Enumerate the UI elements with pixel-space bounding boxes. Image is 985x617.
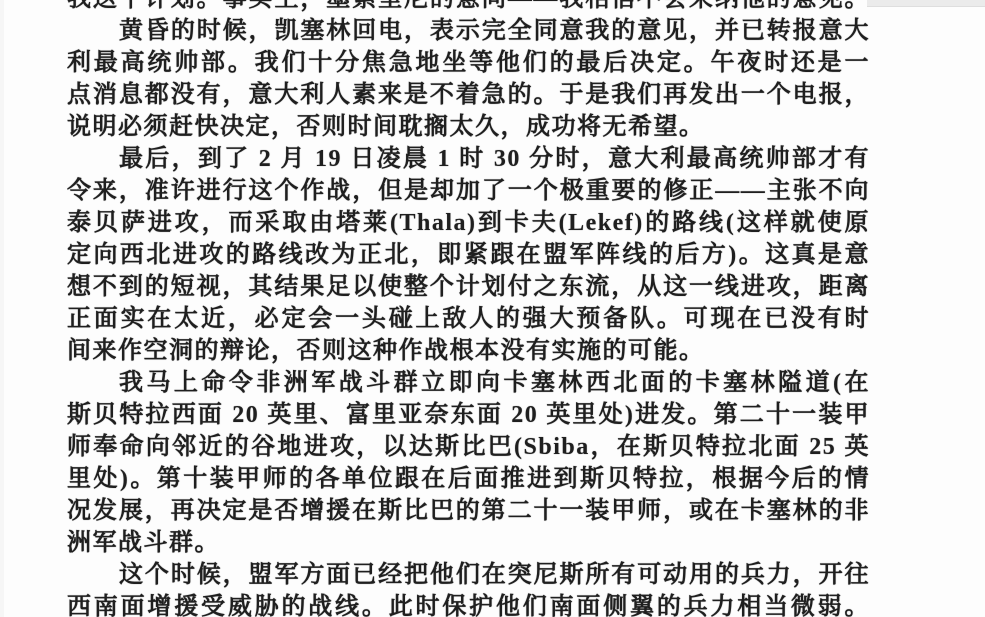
text-line: 西南面增援受威胁的战线。此时保护他们南面侧翼的兵力相当微弱。: [67, 591, 870, 617]
text-line: 况发展，再决定是否增援在斯比巴的第二十一装甲师，或在卡塞林的非: [67, 495, 870, 527]
text-line: 正面实在太近，必定会一头碰上敌人的强大预备队。可现在已没有时: [67, 303, 870, 335]
scan-edge-top-right: [867, 0, 985, 7]
text-line: 令来，准许进行这个作战，但是却加了一个极重要的修正——主张不向: [67, 175, 870, 207]
text-line: 利最高统帅部。我们十分焦急地坐等他们的最后决定。午夜时还是一: [67, 47, 870, 79]
text-line: 间来作空洞的辩论，否则这种作战根本没有实施的可能。: [67, 335, 870, 367]
text-line: 泰贝萨进攻，而采取由塔莱(Thala)到卡夫(Lekef)的路线(这样就使原: [67, 207, 870, 239]
text-line: 说明必须赶快决定，否则时间耽搁太久，成功将无希望。: [67, 111, 870, 143]
text-line: 师奉命向邻近的谷地进攻，以达斯比巴(Sbiba，在斯贝特拉北面 25 英: [67, 431, 870, 463]
text-line: 我马上命令非洲军战斗群立即向卡塞林西北面的卡塞林隘道(在: [67, 367, 870, 399]
text-column: 我这个计划。事实上，墨索里尼的意向——我相信不会采纳他的意见。 黄昏的时候，凯塞…: [67, 0, 870, 617]
text-line-clipped: 我这个计划。事实上，墨索里尼的意向——我相信不会采纳他的意见。: [67, 0, 870, 15]
text-line: 定向西北进攻的路线改为正北，即紧跟在盟军阵线的后方)。这真是意: [67, 239, 870, 271]
text-line: 黄昏的时候，凯塞林回电，表示完全同意我的意见，并已转报意大: [67, 15, 870, 47]
text-line: 斯贝特拉西面 20 英里、富里亚奈东面 20 英里处)进发。第二十一装甲: [67, 399, 870, 431]
scan-edge-left: [0, 0, 4, 617]
scanned-book-page: 我这个计划。事实上，墨索里尼的意向——我相信不会采纳他的意见。 黄昏的时候，凯塞…: [0, 0, 985, 617]
text-line: 洲军战斗群。: [67, 527, 870, 559]
text-line: 这个时候，盟军方面已经把他们在突尼斯所有可动用的兵力，开往: [67, 559, 870, 591]
text-line: 最后，到了 2 月 19 日凌晨 1 时 30 分时，意大利最高统帅部才有命: [67, 143, 870, 175]
text-line: 里处)。第十装甲师的各单位跟在后面推进到斯贝特拉，根据今后的情: [67, 463, 870, 495]
text-line: 想不到的短视，其结果足以使整个计划付之东流，从这一线进攻，距离: [67, 271, 870, 303]
text-line: 点消息都没有，意大利人素来是不着急的。于是我们再发出一个电报，: [67, 79, 870, 111]
